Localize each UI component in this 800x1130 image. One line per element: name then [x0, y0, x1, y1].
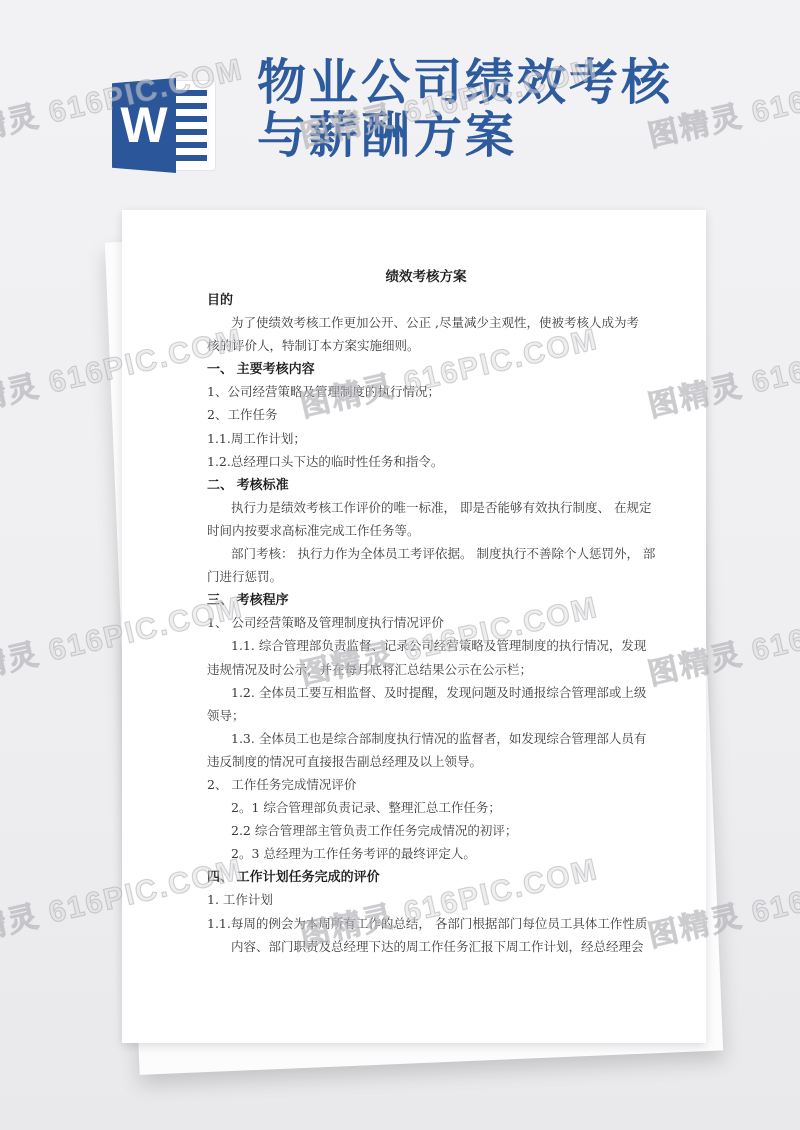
document-line: 1.1. 综合管理部负责监督、记录公司经营策略及管理制度的执行情况，发现 — [207, 634, 645, 657]
paper-sheet-front: 绩效考核方案 目的为了使绩效考核工作更加公开、公正 ,尽量减少主观性，使被考核人… — [122, 210, 706, 1043]
document-line: 2、 工作任务完成情况评价 — [207, 773, 645, 796]
document-line: 内容、部门职责及总经理下达的周工作任务汇报下周工作计划，经总经理会 — [207, 935, 645, 958]
document-line: 1、 公司经营策略及管理制度执行情况评价 — [207, 611, 645, 634]
document-line: 为了使绩效考核工作更加公开、公正 ,尽量减少主观性，使被考核人成为考 — [207, 311, 645, 334]
document-line: 2。1 综合管理部负责记录、整理汇总工作任务； — [207, 796, 645, 819]
document-line: 2.2 综合管理部主管负责工作任务完成情况的初评； — [207, 819, 645, 842]
template-preview: W 物业公司绩效考核 与薪酬方案 绩效考核方案 目的为了使绩效考核工作更加公开、… — [0, 0, 800, 1130]
document-line: 2。3 总经理为工作任务考评的最终评定人。 — [207, 842, 645, 865]
document-line: 时间内按要求高标准完成工作任务等。 — [207, 519, 645, 542]
document-line: 违反制度的情况可直接报告副总经理及以上领导。 — [207, 750, 645, 773]
document-line: 四、 工作计划任务完成的评价 — [207, 865, 645, 888]
document-body: 绩效考核方案 目的为了使绩效考核工作更加公开、公正 ,尽量减少主观性，使被考核人… — [207, 265, 645, 958]
document-lines: 目的为了使绩效考核工作更加公开、公正 ,尽量减少主观性，使被考核人成为考核的评价… — [207, 288, 645, 958]
word-icon-panel: W — [112, 78, 176, 173]
page-title-line2: 与薪酬方案 — [257, 109, 673, 162]
document-line: 1. 工作计划 — [207, 888, 645, 911]
document-line: 2、工作任务 — [207, 403, 645, 426]
document-line: 部门考核： 执行力作为全体员工考评依据。 制度执行不善除个人惩罚外， 部 — [207, 542, 645, 565]
document-line: 门进行惩罚。 — [207, 565, 645, 588]
document-line: 目的 — [207, 288, 645, 311]
document-line: 1.2.总经理口头下达的临时性任务和指令。 — [207, 450, 645, 473]
document-line: 核的评价人，特制订本方案实施细则。 — [207, 334, 645, 357]
document-line: 1.1.每周的例会为本周所有工作的总结， 各部门根据部门每位员工具体工作性质 — [207, 912, 645, 935]
header: W 物业公司绩效考核 与薪酬方案 — [0, 0, 800, 200]
document-line: 执行力是绩效考核工作评价的唯一标准， 即是否能够有效执行制度、 在规定 — [207, 496, 645, 519]
word-icon: W — [112, 78, 215, 173]
document-line: 三、 考核程序 — [207, 588, 645, 611]
document-line: 1.3. 全体员工也是综合部制度执行情况的监督者，如发现综合管理部人员有 — [207, 727, 645, 750]
document-line: 一、 主要考核内容 — [207, 357, 645, 380]
document-line: 违规情况及时公示，并在每月底将汇总结果公示在公示栏； — [207, 658, 645, 681]
document-line: 1.2. 全体员工要互相监督、及时提醒，发现问题及时通报综合管理部或上级 — [207, 681, 645, 704]
document-line: 二、 考核标准 — [207, 473, 645, 496]
document-title: 绩效考核方案 — [207, 265, 645, 288]
document-line: 领导； — [207, 704, 645, 727]
document-line: 1、公司经营策略及管理制度的执行情况； — [207, 380, 645, 403]
document-line: 1.1.周工作计划； — [207, 427, 645, 450]
word-icon-letter: W — [120, 100, 167, 152]
page-title-line1: 物业公司绩效考核 — [257, 56, 673, 109]
page-title: 物业公司绩效考核 与薪酬方案 — [257, 56, 673, 162]
